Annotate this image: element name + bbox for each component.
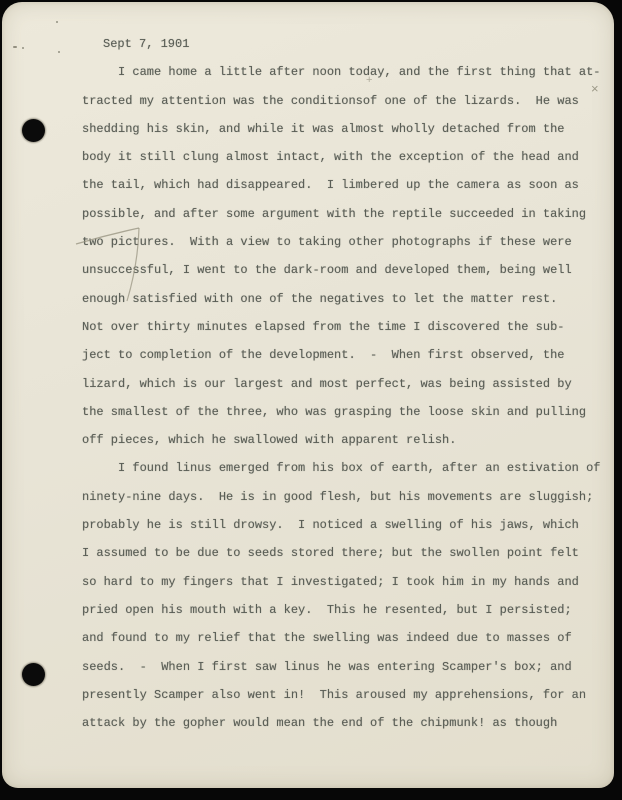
typed-line: Not over thirty minutes elapsed from the…	[82, 313, 607, 341]
typed-text-block: Sept 7, 1901 I came home a little after …	[82, 30, 607, 737]
hole-punch-top-icon	[22, 119, 45, 142]
date-line: Sept 7, 1901	[103, 30, 607, 58]
paper-speck	[13, 46, 17, 48]
typed-line: seeds. - When I first saw linus he was e…	[82, 653, 607, 681]
typed-line: pried open his mouth with a key. This he…	[82, 596, 607, 624]
typed-line: presently Scamper also went in! This aro…	[82, 681, 607, 709]
typed-line: the tail, which had disappeared. I limbe…	[82, 171, 607, 199]
typed-line: off pieces, which he swallowed with appa…	[82, 426, 607, 454]
typed-line: tracted my attention was the conditionso…	[82, 87, 607, 115]
typed-line: I came home a little after noon today, a…	[118, 58, 607, 86]
pencil-x-mark: ×	[591, 81, 599, 96]
hole-punch-bottom-icon	[22, 663, 45, 686]
typed-line: attack by the gopher would mean the end …	[82, 709, 607, 737]
typed-line: I assumed to be due to seeds stored ther…	[82, 539, 607, 567]
typed-line: enough satisfied with one of the negativ…	[82, 285, 607, 313]
scanned-page: Sept 7, 1901 I came home a little after …	[0, 0, 622, 800]
typed-line: so hard to my fingers that I investigate…	[82, 568, 607, 596]
paper-speck	[56, 21, 58, 23]
typed-line: possible, and after some argument with t…	[82, 200, 607, 228]
typed-line: ject to completion of the development. -…	[82, 341, 607, 369]
typed-line: probably he is still drowsy. I noticed a…	[82, 511, 607, 539]
typed-line: body it still clung almost intact, with …	[82, 143, 607, 171]
pencil-plus-mark: +	[366, 74, 372, 86]
typed-line: shedding his skin, and while it was almo…	[82, 115, 607, 143]
paper-speck	[22, 47, 24, 49]
typed-line: and found to my relief that the swelling…	[82, 624, 607, 652]
paper-speck	[58, 51, 60, 53]
typed-line: the smallest of the three, who was grasp…	[82, 398, 607, 426]
paper-sheet: Sept 7, 1901 I came home a little after …	[2, 2, 614, 788]
typed-line: lizard, which is our largest and most pe…	[82, 370, 607, 398]
typed-line: I found linus emerged from his box of ea…	[118, 454, 607, 482]
typed-line: two pictures. With a view to taking othe…	[82, 228, 607, 256]
typed-line: unsuccessful, I went to the dark-room an…	[82, 256, 607, 284]
typed-line: ninety-nine days. He is in good flesh, b…	[82, 483, 607, 511]
